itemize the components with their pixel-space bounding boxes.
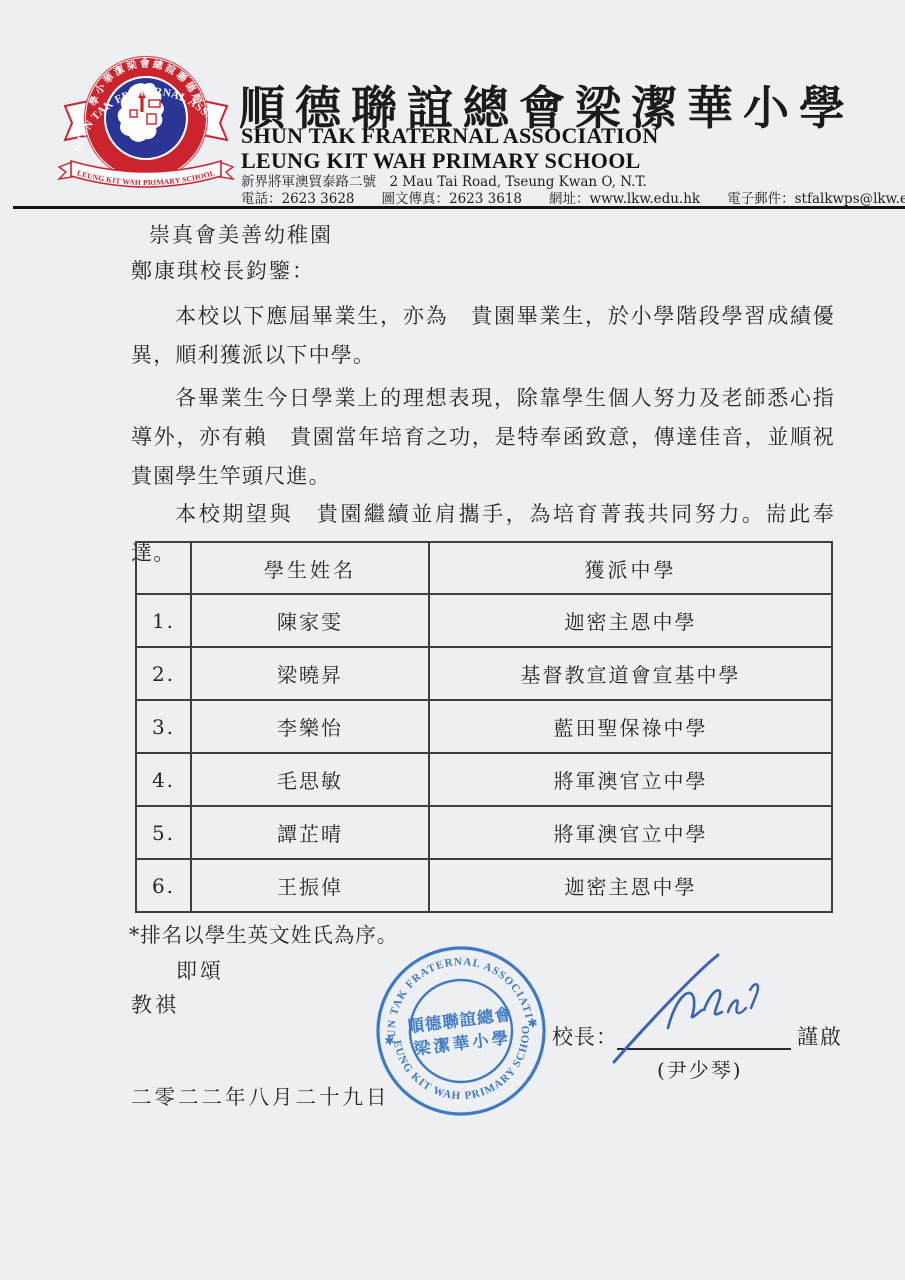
table-row: 1. 陳家雯 迦密主恩中學 (136, 594, 832, 647)
school-stamp-icon: SHUN TAK FRATERNAL ASSOCIATION LEUNG KIT… (362, 932, 560, 1130)
school-stamp: SHUN TAK FRATERNAL ASSOCIATION LEUNG KIT… (362, 932, 560, 1130)
paragraph-2: 各畢業生今日學業上的理想表現，除靠學生個人努力及老師悉心指導外，亦有賴 貴園當年… (131, 379, 835, 496)
student-name: 陳家雯 (191, 594, 429, 647)
signature-ink-icon (598, 948, 810, 1066)
closing-line2: 教祺 (131, 989, 179, 1019)
paragraph-1: 本校以下應屆畢業生，亦為 貴園畢業生，於小學階段學習成績優異，順利獲派以下中學。 (131, 297, 835, 375)
student-name: 梁曉昇 (191, 647, 429, 700)
student-name: 李樂怡 (191, 700, 429, 753)
table-row: 5. 譚芷晴 將軍澳官立中學 (136, 806, 832, 859)
salutation: 鄭康琪校長鈞鑒： (131, 255, 315, 285)
table-row: 6. 王振倬 迦密主恩中學 (136, 859, 832, 912)
table-header-row: 學生姓名 獲派中學 (136, 542, 832, 594)
row-num: 3. (136, 700, 191, 753)
school-name: 迦密主恩中學 (429, 859, 832, 912)
footnote: *排名以學生英文姓氏為序。 (129, 918, 398, 948)
table-row: 4. 毛思敏 將軍澳官立中學 (136, 753, 832, 806)
header-divider (13, 206, 905, 209)
recipient-org: 崇真會美善幼稚園 (149, 219, 333, 249)
school-name-en-line1: SHUN TAK FRATERNAL ASSOCIATION (241, 123, 659, 149)
school-name: 將軍澳官立中學 (429, 806, 832, 859)
closing-line1: 即頌 (176, 955, 224, 985)
school-name: 基督教宣道會宣基中學 (429, 647, 832, 700)
stamp-star-left: ✱ (384, 1033, 396, 1048)
school-name: 將軍澳官立中學 (429, 753, 832, 806)
principal-name: (尹少琴) (657, 1054, 743, 1083)
table-row: 3. 李樂怡 藍田聖保祿中學 (136, 700, 832, 753)
school-name: 迦密主恩中學 (429, 594, 832, 647)
school-name: 藍田聖保祿中學 (429, 700, 832, 753)
signature-suffix: 謹啟 (797, 1021, 843, 1051)
row-num: 4. (136, 753, 191, 806)
student-name: 譚芷晴 (191, 806, 429, 859)
col-header-student-name: 學生姓名 (191, 542, 429, 594)
col-header-index (136, 542, 191, 594)
school-emblem-icon: 學小華潔梁會總誼聯德順 SHUN TAK FRATERNAL ASSN LEUN… (56, 44, 236, 202)
student-name: 王振倬 (191, 859, 429, 912)
school-contact-line: 電話：2623 3628 圖文傳真：2623 3618 網址：www.lkw.e… (241, 187, 905, 207)
school-emblem-logo: 學小華潔梁會總誼聯德順 SHUN TAK FRATERNAL ASSN LEUN… (56, 44, 236, 202)
row-num: 6. (136, 859, 191, 912)
row-num: 5. (136, 806, 191, 859)
row-num: 2. (136, 647, 191, 700)
letter-date: 二零二二年八月二十九日 (131, 1080, 390, 1110)
placement-table: 學生姓名 獲派中學 1. 陳家雯 迦密主恩中學 2. 梁曉昇 基督教宣道會宣基中… (135, 541, 833, 913)
table-row: 2. 梁曉昇 基督教宣道會宣基中學 (136, 647, 832, 700)
stamp-star-right: ✱ (527, 1016, 539, 1031)
principal-signature (598, 948, 810, 1066)
student-name: 毛思敏 (191, 753, 429, 806)
letter-page: 學小華潔梁會總誼聯德順 SHUN TAK FRATERNAL ASSN LEUN… (0, 0, 905, 1280)
col-header-school: 獲派中學 (429, 542, 832, 594)
row-num: 1. (136, 594, 191, 647)
